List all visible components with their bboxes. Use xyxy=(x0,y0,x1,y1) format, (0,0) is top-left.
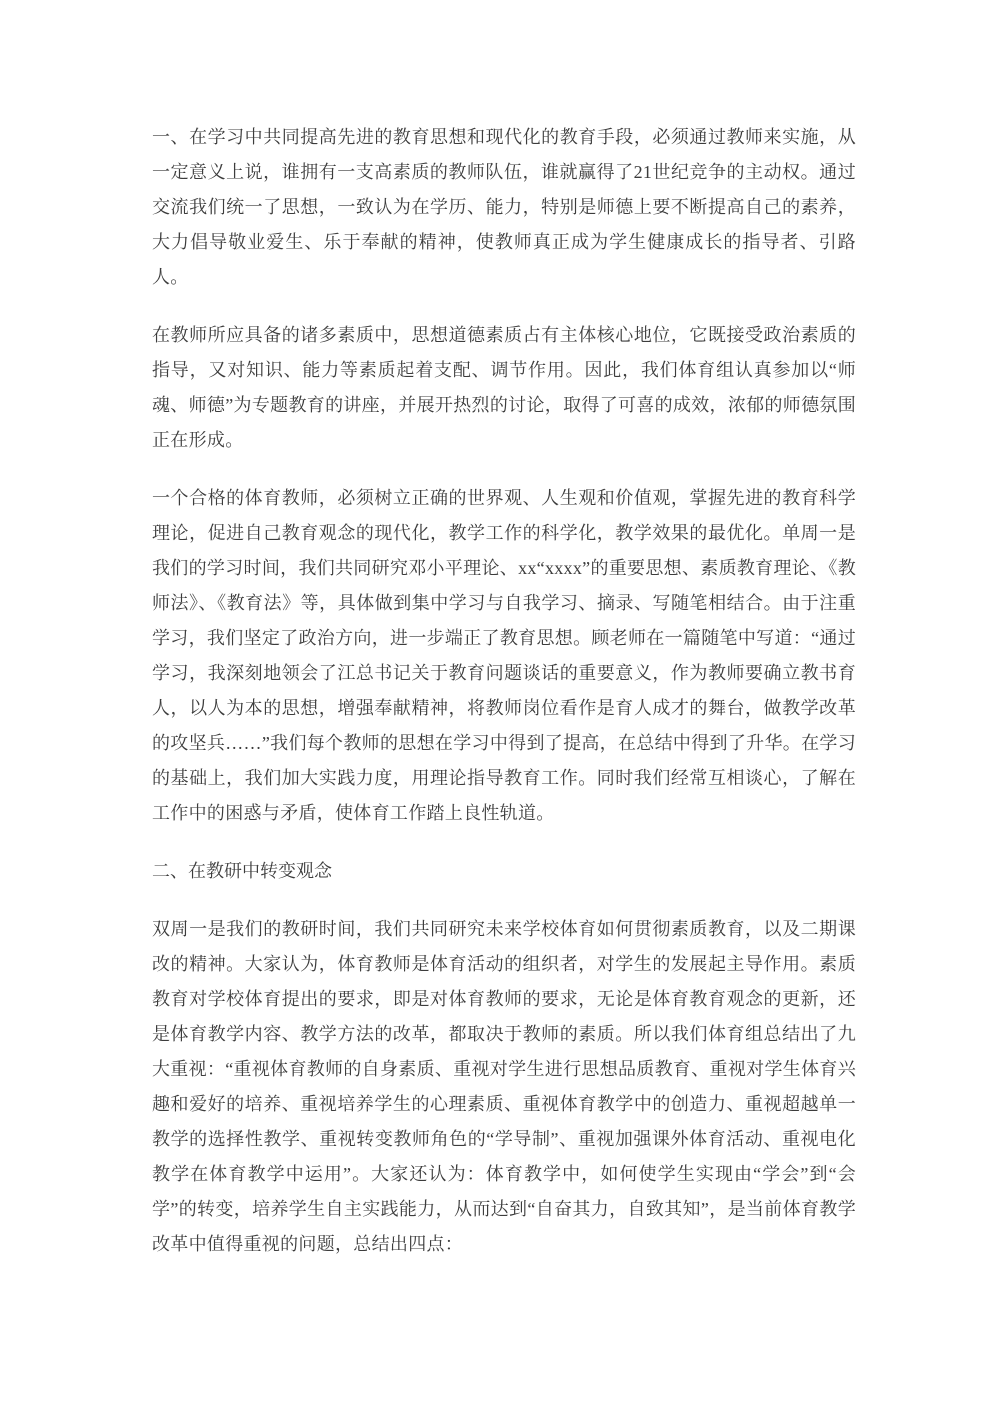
document-page: 一、在学习中共同提高先进的教育思想和现代化的教育手段，必须通过教师来实施，从一定… xyxy=(0,0,1000,1415)
section-heading-2: 二、在教研中转变观念 xyxy=(152,854,856,889)
paragraph-section1-intro: 一、在学习中共同提高先进的教育思想和现代化的教育手段，必须通过教师来实施，从一定… xyxy=(152,120,856,295)
document-content: 一、在学习中共同提高先进的教育思想和现代化的教育手段，必须通过教师来实施，从一定… xyxy=(152,120,856,1262)
paragraph-section1-moral-quality: 在教师所应具备的诸多素质中，思想道德素质占有主体核心地位，它既接受政治素质的指导… xyxy=(152,318,856,458)
paragraph-section2-research: 双周一是我们的教研时间，我们共同研究未来学校体育如何贯彻素质教育，以及二期课改的… xyxy=(152,912,856,1262)
paragraph-section1-study: 一个合格的体育教师，必须树立正确的世界观、人生观和价值观，掌握先进的教育科学理论… xyxy=(152,481,856,831)
